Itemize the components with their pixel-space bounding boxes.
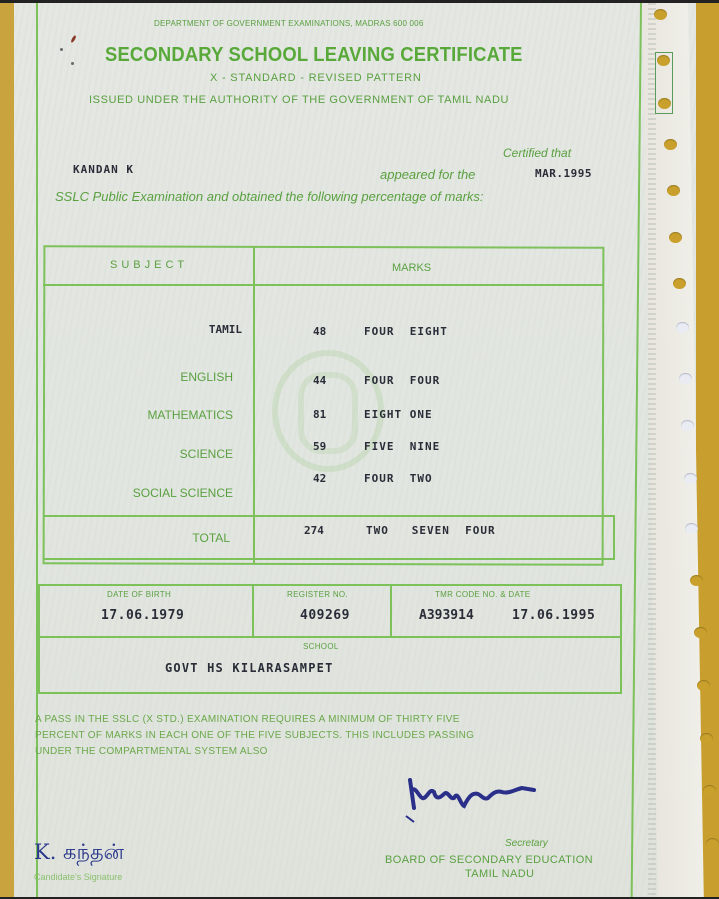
pass-note-line: A PASS IN THE SSLC (X STD.) EXAMINATION … [35, 714, 460, 725]
candidate-signature-label: Candidate's Signature [34, 872, 122, 882]
exam-session: MAR.1995 [535, 167, 592, 180]
perforation-line [648, 3, 656, 897]
feed-hole-icon [679, 373, 692, 384]
dob-label: DATE OF BIRTH [107, 590, 171, 599]
feed-hole-icon [673, 278, 686, 289]
subject-mark-words: FOUR FOUR [364, 374, 440, 387]
feed-hole-icon [654, 9, 667, 20]
school-label: SCHOOL [303, 642, 339, 651]
tmr-date: 17.06.1995 [512, 608, 595, 623]
subject-name: TAMIL [102, 323, 242, 336]
candidate-signature: K. கந்தன் [34, 840, 124, 867]
ink-speck [71, 62, 74, 65]
sslc-statement: SSLC Public Examination and obtained the… [55, 189, 484, 204]
border-line-left [36, 3, 38, 897]
ink-speck [60, 48, 63, 51]
department-line: DEPARTMENT OF GOVERNMENT EXAMINATIONS, M… [154, 19, 423, 28]
feed-hole-icon [664, 139, 677, 150]
feed-hole-icon [690, 575, 703, 586]
subject-mark: 81 [313, 408, 326, 421]
school-name: GOVT HS KILARASAMPET [165, 661, 334, 675]
table-divider [43, 515, 615, 517]
table-divider [43, 284, 604, 286]
subject-name: MATHEMATICS [93, 408, 233, 422]
table-divider [43, 558, 615, 560]
subject-name: ENGLISH [93, 370, 233, 384]
subject-mark: 44 [313, 374, 326, 387]
table-divider [613, 515, 615, 560]
feed-hole-icon [703, 785, 716, 796]
total-mark: 274 [304, 524, 324, 537]
feed-hole-icon [681, 420, 694, 431]
marks-column-header: MARKS [392, 262, 431, 274]
date-of-birth: 17.06.1979 [101, 608, 184, 623]
register-label: REGISTER NO. [287, 590, 348, 599]
feed-hole-icon [676, 322, 689, 333]
feed-hole-icon [669, 232, 682, 243]
subject-mark: 59 [313, 440, 326, 453]
total-label: TOTAL [90, 531, 230, 545]
subject-name: SCIENCE [93, 447, 233, 461]
table-divider [390, 584, 392, 637]
pass-note-line: UNDER THE COMPARTMENTAL SYSTEM ALSO [35, 746, 268, 757]
feed-hole-icon [706, 838, 719, 849]
background-left [0, 3, 15, 897]
certified-that-label: Certified that [503, 146, 571, 160]
secretary-title: Secretary [505, 838, 548, 849]
issuing-authority: ISSUED UNDER THE AUTHORITY OF THE GOVERN… [89, 94, 509, 106]
feed-hole-icon [667, 185, 680, 196]
feed-hole-icon [658, 98, 671, 109]
tmr-code: A393914 [419, 608, 474, 623]
subject-mark-words: FOUR TWO [364, 472, 433, 485]
feed-hole-icon [700, 733, 713, 744]
seal-watermark-icon [298, 372, 358, 454]
candidate-details-box [38, 584, 622, 694]
state-name: TAMIL NADU [465, 868, 534, 880]
register-number: 409269 [300, 608, 350, 623]
tmr-label: TMR CODE NO. & DATE [435, 590, 530, 599]
certificate-subtitle: X - STANDARD - REVISED PATTERN [210, 72, 422, 84]
subject-mark-words: FOUR EIGHT [364, 325, 448, 338]
subject-mark: 42 [313, 472, 326, 485]
candidate-name: KANDAN K [73, 163, 134, 176]
subject-name: SOCIAL SCIENCE [93, 486, 233, 500]
subject-mark-words: FIVE NINE [364, 440, 440, 453]
secretary-signature-icon [402, 778, 537, 826]
board-name: BOARD OF SECONDARY EDUCATION [385, 854, 593, 866]
feed-hole-icon [694, 627, 707, 638]
subject-column-header: SUBJECT [110, 259, 188, 271]
pass-note-line: PERCENT OF MARKS IN EACH ONE OF THE FIVE… [35, 730, 474, 741]
feed-hole-icon [657, 55, 670, 66]
total-mark-words: TWO SEVEN FOUR [366, 524, 496, 537]
subject-mark-words: EIGHT ONE [364, 408, 433, 421]
subject-mark: 48 [313, 325, 326, 338]
table-divider [252, 584, 254, 637]
feed-hole-icon [685, 523, 698, 534]
feed-hole-icon [697, 680, 710, 691]
certificate-title: SECONDARY SCHOOL LEAVING CERTIFICATE [105, 44, 523, 67]
feed-hole-icon [684, 473, 697, 484]
table-divider [38, 636, 622, 638]
appeared-for-label: appeared for the [380, 167, 475, 182]
